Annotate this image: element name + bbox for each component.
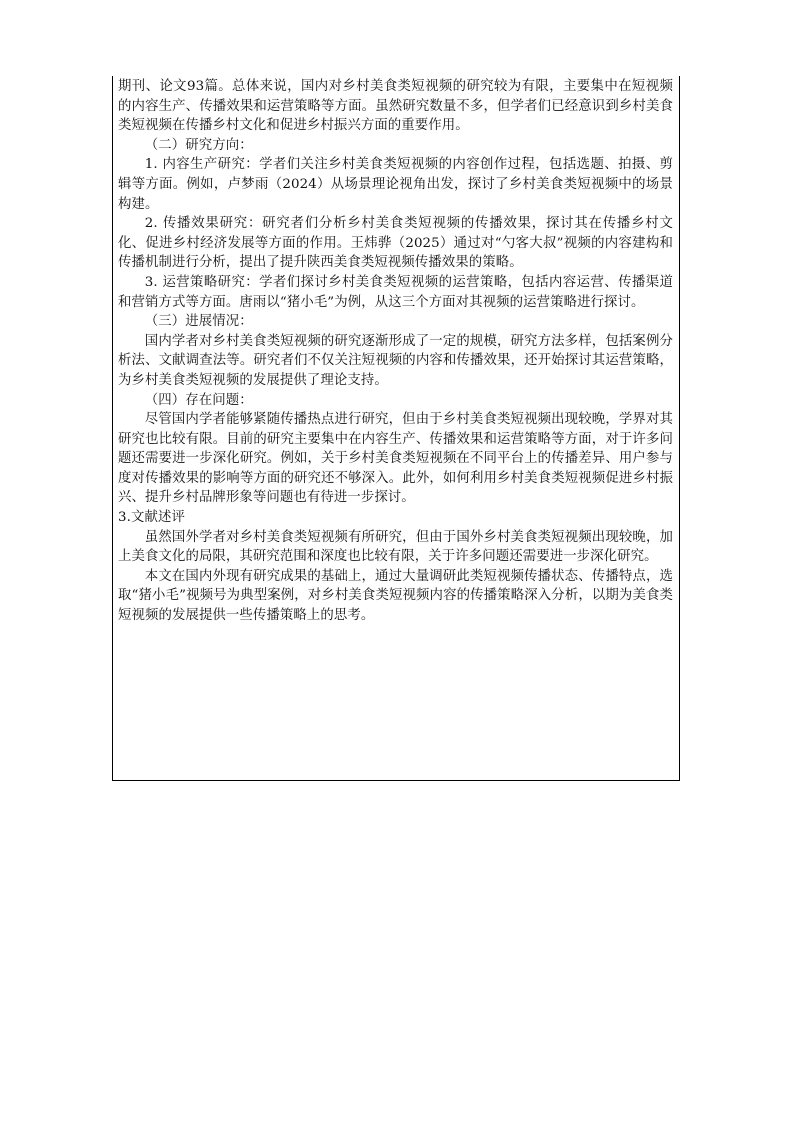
subheading-progress: （三）进展情况： <box>118 312 673 332</box>
cell-content: 期刊、论文93篇。总体来说，国内对乡村美食类短视频的研究较为有限，主要集中在短视… <box>118 77 673 626</box>
table-cell: 期刊、论文93篇。总体来说，国内对乡村美食类短视频的研究较为有限，主要集中在短视… <box>112 76 680 781</box>
paragraph-communication-effect: 2. 传播效果研究：研究者们分析乡村美食类短视频的传播效果，探讨其在传播乡村文化… <box>118 214 673 273</box>
subheading-research-direction: （二）研究方向： <box>118 136 673 156</box>
paragraph-content-production: 1. 内容生产研究：学者们关注乡村美食类短视频的内容创作过程，包括选题、拍摄、剪… <box>118 155 673 214</box>
heading-literature-review: 3.文献述评 <box>118 508 673 528</box>
paragraph-operation-strategy: 3. 运营策略研究：学者们探讨乡村美食类短视频的运营策略，包括内容运营、传播渠道… <box>118 273 673 312</box>
paragraph-continuation: 期刊、论文93篇。总体来说，国内对乡村美食类短视频的研究较为有限，主要集中在短视… <box>118 77 673 136</box>
paragraph-review-foreign: 虽然国外学者对乡村美食类短视频有所研究，但由于国外乡村美食类短视频出现较晚，加上… <box>118 528 673 567</box>
paragraph-progress: 国内学者对乡村美食类短视频的研究逐渐形成了一定的规模，研究方法多样，包括案例分析… <box>118 332 673 391</box>
paragraph-review-conclusion: 本文在国内外现有研究成果的基础上，通过大量调研此类短视频传播状态、传播特点，选取… <box>118 567 673 626</box>
subheading-problems: （四）存在问题： <box>118 391 673 411</box>
paragraph-problems: 尽管国内学者能够紧随传播热点进行研究，但由于乡村美食类短视频出现较晚，学界对其研… <box>118 410 673 508</box>
